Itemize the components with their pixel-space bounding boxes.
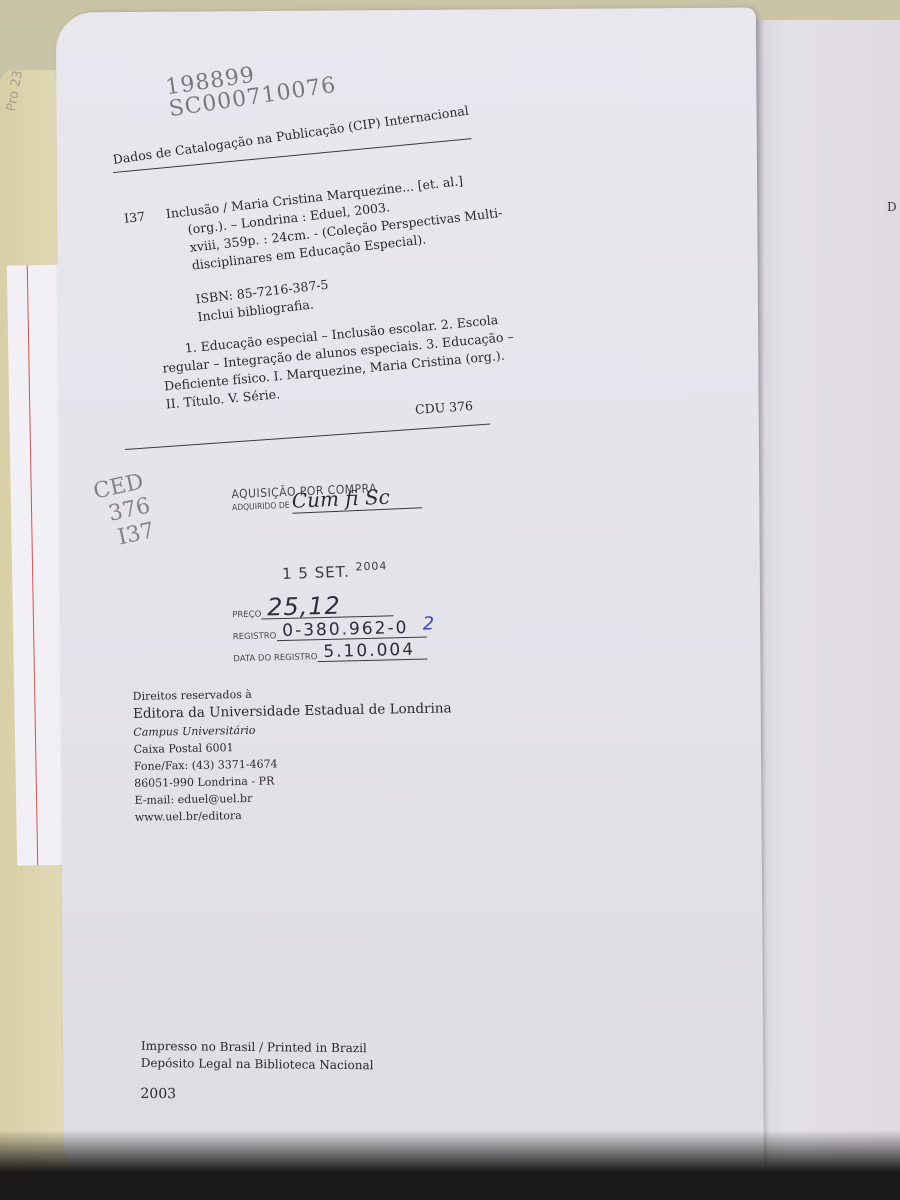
imprint-block: Impresso no Brasil / Printed in Brazil D… <box>140 1038 373 1105</box>
facing-page-text-fragment: D <box>887 200 897 214</box>
date-month: SET. <box>314 563 350 582</box>
acquirer-signature: Cum fi Sc <box>291 483 422 513</box>
imprint-year: 2003 <box>140 1086 373 1105</box>
back-cover-pencil-note: Pro 23 <box>4 69 27 112</box>
date-stamp: 1 5 SET. 2004 <box>282 559 388 582</box>
acquired-from-label: ADQUIRIDO DE <box>232 501 290 513</box>
registry-stamp: PREÇO25,12 REGISTRO0-380.962-02 DATA DO … <box>232 597 428 668</box>
cip-call-number: I37 <box>123 208 146 228</box>
registry-date-label: DATA DO REGISTRO <box>233 652 317 664</box>
registry-correction: 2 <box>422 613 434 634</box>
acquisition-stamp: AQUISIÇÃO POR COMPRA ADQUIRIDO DE Cum fi… <box>231 481 378 513</box>
copyright-page: 198899 SC000710076 Dados de Catalogação … <box>56 8 764 1200</box>
slip-red-margin-line <box>27 265 38 865</box>
registry-date-value: 5.10.004 <box>323 640 415 662</box>
publisher-block: Direitos reservados à Editora da Univers… <box>133 682 454 826</box>
imprint-legal-deposit: Depósito Legal na Biblioteca Nacional <box>141 1055 374 1074</box>
registry-label: REGISTRO <box>233 631 277 642</box>
cip-catalog-entry: I37 Inclusão / Maria Cristina Marquezine… <box>123 168 511 333</box>
facing-page: D <box>755 20 900 1180</box>
price-label: PREÇO <box>232 610 261 621</box>
date-day: 1 5 <box>282 564 309 583</box>
registry-value: 0-380.962-0 <box>282 618 409 641</box>
handwritten-accession-numbers: 198899 SC000710076 <box>164 53 338 121</box>
cip-cdu: CDU 376 <box>415 398 474 417</box>
cip-header: Dados de Catalogação na Publicação (CIP)… <box>112 103 470 167</box>
date-year: 2004 <box>355 559 387 573</box>
price-value: 25,12 <box>267 592 341 622</box>
registry-date-row: DATA DO REGISTRO5.10.004 <box>233 640 428 667</box>
cip-bottom-rule <box>125 423 490 450</box>
table-shadow <box>0 1130 900 1200</box>
handwritten-shelf-mark: CED 376 I37 <box>91 469 158 553</box>
